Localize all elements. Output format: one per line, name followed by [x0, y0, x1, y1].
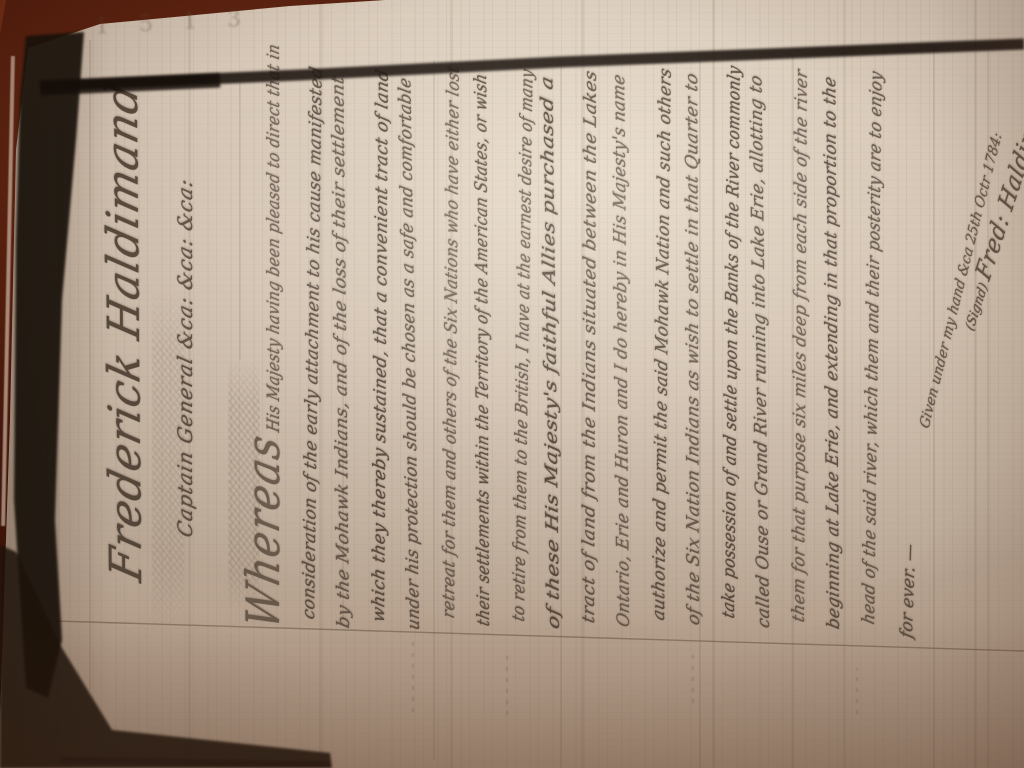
manuscript-line: them for that purpose six miles deep fro… — [790, 68, 812, 624]
closing-line: for ever. — — [898, 542, 920, 640]
manuscript-line: WhereasHis Majesty having been pleased t… — [238, 37, 290, 633]
photograph-of-manuscript: 1513 Frederick Haldimand Captain General… — [0, 0, 1024, 768]
manuscript-line: of the Six Nation Indians as wish to set… — [683, 71, 704, 627]
opening-word: Whereas — [236, 429, 290, 633]
signature-header-title: Captain General &ca: &ca: &ca: — [174, 176, 196, 540]
manuscript-line: tract of land from the Indians situated … — [580, 69, 601, 625]
manuscript-line: their settlements within the Territory o… — [472, 72, 494, 628]
ink-bleed-mark — [692, 648, 694, 703]
ink-bleed-mark — [506, 655, 508, 715]
manuscript-line: beginning at Lake Erie, and extending in… — [821, 75, 844, 631]
ink-bleed-mark — [856, 668, 858, 714]
signature-header-name: Frederick Haldimand — [98, 77, 152, 585]
manuscript-line: which they thereby sustained, that a con… — [370, 68, 393, 625]
ink-bleed-mark — [412, 640, 414, 712]
